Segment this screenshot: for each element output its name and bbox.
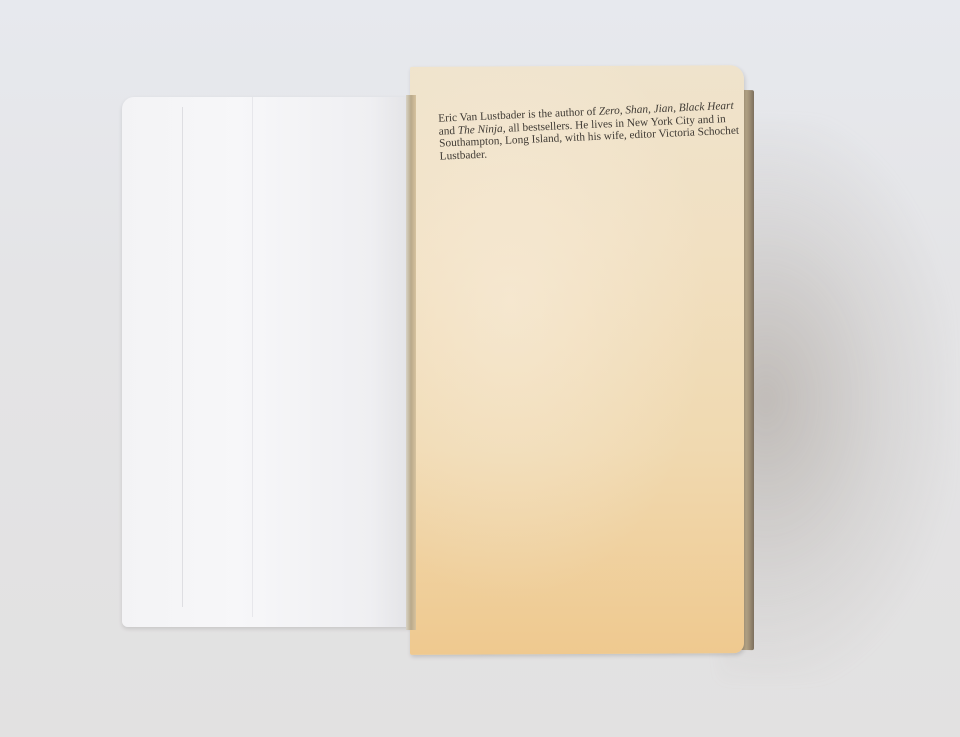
left-page-blank xyxy=(122,97,414,627)
bio-text: and xyxy=(438,124,458,137)
photo-scene: Eric Van Lustbader is the author of Zero… xyxy=(0,0,960,737)
book-title: Zero xyxy=(599,105,620,118)
book-gutter xyxy=(406,95,416,630)
right-page: Eric Van Lustbader is the author of Zero… xyxy=(410,65,744,655)
book-title: Jian xyxy=(653,102,673,115)
book-shadow xyxy=(720,120,950,680)
author-bio: Eric Van Lustbader is the author of Zero… xyxy=(438,99,750,163)
book-title: Shan xyxy=(625,104,648,117)
book-title: Black Heart xyxy=(679,100,734,114)
